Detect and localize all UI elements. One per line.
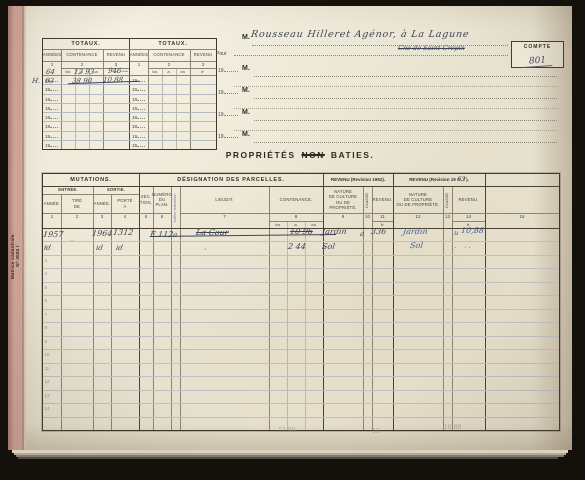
rule-line bbox=[254, 76, 557, 77]
rule-line bbox=[252, 45, 508, 46]
row-line bbox=[43, 282, 559, 283]
col-classe-1952: CLASSE. bbox=[363, 186, 372, 213]
grid-line bbox=[43, 75, 216, 76]
totaux-col-annees: ANNÉES bbox=[43, 49, 61, 61]
header-mutations: MUTATIONS. bbox=[43, 174, 139, 186]
holder-year-label: 19 bbox=[218, 133, 238, 140]
hw-row1-annee-entree: 1957 bbox=[42, 230, 64, 239]
row-line bbox=[43, 349, 559, 350]
unit-ha: ha. bbox=[269, 221, 287, 228]
hw-row2-contenance: 2 44 bbox=[287, 242, 306, 251]
totaux-year-row: 19 bbox=[45, 123, 58, 129]
col-lieudit: LIEUDIT. bbox=[180, 186, 269, 213]
header-revenu-1963-part: 63 bbox=[456, 176, 465, 184]
row-number: 10 bbox=[45, 352, 50, 357]
grid-line bbox=[176, 68, 177, 149]
totaux-year-row: 19 bbox=[132, 142, 145, 148]
col-number: 3 bbox=[93, 213, 111, 221]
totaux-year-row: 19 bbox=[45, 105, 58, 111]
hw-row1-section: E bbox=[149, 230, 156, 239]
row-number: 6 bbox=[45, 298, 48, 303]
col-tire-de: TIRÉ DE bbox=[61, 194, 93, 213]
col-contenance: CONTENANCE. bbox=[269, 186, 323, 213]
header-revenu-1963: REVENU (Revision 1963). bbox=[393, 174, 485, 186]
dotted-leader bbox=[50, 86, 58, 91]
totaux-title: TOTAUX. bbox=[130, 39, 216, 49]
col-number: 1 bbox=[43, 213, 61, 221]
totaux-year-row: 19 bbox=[132, 105, 145, 111]
hw-row1-nature-1963: Jardin bbox=[402, 227, 428, 236]
hw-row2-revenu-1963: · · bbox=[463, 244, 471, 252]
holder-m-label: M. bbox=[242, 87, 250, 94]
row-number: 3 bbox=[45, 258, 48, 263]
col-section: SEC. TION. bbox=[139, 186, 153, 213]
rule-line bbox=[234, 86, 557, 87]
hw-compte-number: 801 bbox=[523, 55, 553, 68]
hw-totals-contenance1: 12 93 bbox=[73, 68, 94, 76]
row-line bbox=[43, 121, 216, 122]
dotted-leader bbox=[50, 114, 58, 119]
row-number: 14 bbox=[45, 406, 50, 411]
totaux-year-row: 19 bbox=[132, 86, 145, 92]
totaux-year-row: 19 bbox=[45, 133, 58, 139]
col-number: 14 bbox=[452, 213, 485, 221]
margin-label-line2: Nº 3082 / bbox=[15, 206, 20, 306]
hw-row2-annee-entree: id bbox=[43, 244, 51, 252]
scanned-ledger-photo: { "colors": { "paper": "#e8e3d1", "bindi… bbox=[0, 0, 585, 480]
totaux-table: TOTAUX.ANNÉESCONTENANCEREVENU123ha.a.ca.… bbox=[42, 38, 217, 150]
totaux-year-row: 19 bbox=[45, 114, 58, 120]
header-sortie: SORTIE. bbox=[93, 186, 139, 194]
row-line bbox=[43, 103, 216, 104]
col-annee-sortie: ANNÉE. bbox=[93, 194, 111, 213]
row-line bbox=[43, 403, 559, 404]
col-number: 4 bbox=[111, 213, 139, 221]
row-line bbox=[43, 295, 559, 296]
unit-a: a. bbox=[162, 68, 176, 75]
col-number: 15 bbox=[485, 213, 559, 221]
row-number: 13 bbox=[45, 393, 50, 398]
dotted-leader bbox=[137, 133, 145, 138]
section-title-part3: BATIES. bbox=[331, 150, 374, 160]
col-number: 9 bbox=[323, 213, 363, 221]
header-revenu-1963-part: ). bbox=[466, 177, 469, 183]
row-line bbox=[43, 322, 559, 323]
col-annee-entree: ANNÉE. bbox=[43, 194, 61, 213]
hw-row1-numero: 112 bbox=[157, 230, 174, 239]
pour-label: Pour bbox=[216, 51, 227, 57]
totaux-col-number: 1 bbox=[130, 61, 148, 68]
totaux-year-row: 19 bbox=[132, 123, 145, 129]
row-line bbox=[43, 417, 559, 418]
dotted-leader bbox=[137, 105, 145, 110]
totaux-col-annees: ANNÉES bbox=[130, 49, 148, 61]
dotted-leader bbox=[137, 96, 145, 101]
row-number: 8 bbox=[45, 325, 48, 330]
unit-ha: ha. bbox=[148, 68, 162, 75]
hw-row2-nature-1963: Sol bbox=[409, 241, 423, 250]
col-number: 6 bbox=[153, 213, 171, 221]
hw-row1-revenu-1963: 10,88 bbox=[460, 226, 484, 235]
row-line bbox=[43, 336, 559, 337]
section-title: PROPRIÉTÉSNONBATIES. bbox=[42, 150, 558, 160]
dotted-leader bbox=[50, 105, 58, 110]
holder-year-label: 19 bbox=[218, 67, 238, 74]
row-number: 4 bbox=[45, 271, 48, 276]
rule-line bbox=[234, 130, 557, 131]
hw-row1-annee-sortie: 1964 bbox=[91, 229, 113, 238]
totaux-col-contenance: CONTENANCE bbox=[148, 49, 190, 61]
dotted-leader bbox=[224, 133, 238, 138]
section-title-part1: PROPRIÉTÉS bbox=[226, 150, 296, 160]
dotted-leader bbox=[50, 133, 58, 138]
section-title-struck-word: NON bbox=[302, 150, 325, 160]
rule-line bbox=[234, 108, 557, 109]
dotted-leader bbox=[224, 111, 238, 116]
page-edge bbox=[18, 457, 558, 459]
grid-line bbox=[162, 68, 163, 149]
hw-row1-revenu-1952: 336 bbox=[370, 227, 387, 236]
totaux-year-row: 19 bbox=[132, 114, 145, 120]
holder-m-label: M. bbox=[242, 65, 250, 72]
header-revenu-1963-part: REVENU (Revision 19 bbox=[409, 177, 456, 183]
row-line bbox=[43, 255, 559, 256]
row-line bbox=[43, 363, 559, 364]
totaux-col-contenance: CONTENANCE bbox=[61, 49, 103, 61]
hw-totals-revenu1: 946— bbox=[107, 67, 128, 75]
totaux-year-row: 19 bbox=[45, 96, 58, 102]
col-number: 7 bbox=[180, 213, 269, 221]
col-porte-a: PORTÉ À bbox=[111, 194, 139, 213]
hw-row1-porte-a: 1312 bbox=[112, 228, 134, 237]
totaux-year-row: 19 bbox=[45, 86, 58, 92]
row-line bbox=[43, 94, 216, 95]
pencil-total-middle: 13 bbox=[372, 428, 380, 435]
pencil-total-right: 10,88 bbox=[444, 424, 461, 431]
dotted-leader bbox=[50, 96, 58, 101]
row-number: 12 bbox=[45, 379, 50, 384]
dotted-leader bbox=[224, 89, 238, 94]
rule-line bbox=[254, 142, 557, 143]
header-entree: ENTRÉE. bbox=[43, 186, 93, 194]
col-nature-1952: NATURE DE CULTURE OU DE PROPRIÉTÉ. bbox=[323, 186, 363, 213]
col-number: 8 bbox=[269, 213, 323, 221]
holder-year-label: 19 bbox=[218, 111, 238, 118]
dotted-leader bbox=[50, 142, 58, 147]
header-designation-parcelles: DÉSIGNATION DES PARCELLES. bbox=[139, 174, 323, 186]
hw-account-holder: Rousseau Hilleret Agénor, à La Lagune bbox=[250, 29, 470, 40]
col-revenu-1963: REVENU. bbox=[452, 186, 485, 213]
dotted-leader bbox=[137, 86, 145, 91]
grid-line bbox=[305, 221, 306, 430]
hw-row1-classe-1963: u bbox=[453, 229, 459, 237]
col-number: 11 bbox=[372, 213, 393, 221]
totaux-year-row: 19 bbox=[132, 133, 145, 139]
row-line bbox=[43, 140, 216, 141]
hw-row2-annee-sortie: id bbox=[95, 244, 103, 252]
header-revenu-1952: REVENU (Revision 1952). bbox=[323, 174, 393, 186]
ledger-page: Matrice cadastrale. Nº 3082 / TOTAUX.ANN… bbox=[8, 6, 572, 450]
rule-line bbox=[254, 98, 557, 99]
grid-line bbox=[287, 221, 288, 430]
totaux-col-number: 1 bbox=[43, 61, 61, 68]
row-line bbox=[43, 112, 216, 113]
totaux-year-row: 19 bbox=[132, 96, 145, 102]
dotted-leader bbox=[137, 142, 145, 147]
col-number: 10 bbox=[363, 213, 372, 221]
compte-label: COMPTE bbox=[512, 44, 563, 50]
totaux-col-revenu: REVENU bbox=[103, 49, 129, 61]
dotted-leader bbox=[224, 67, 238, 72]
row-line bbox=[43, 390, 559, 391]
hw-totals-year1: 64 bbox=[45, 68, 55, 76]
col-number: 2 bbox=[61, 213, 93, 221]
parcels-table: 1234567891011121314MUTATIONS.DÉSIGNATION… bbox=[42, 173, 560, 431]
col-numero-plan: NUMÉRO DU PLAN. bbox=[153, 186, 171, 213]
row-line bbox=[43, 131, 216, 132]
row-number: 5 bbox=[45, 285, 48, 290]
row-line bbox=[43, 268, 559, 269]
row-number: 9 bbox=[45, 339, 48, 344]
holder-year-label: 19 bbox=[218, 89, 238, 96]
col-lettre-indicative: Lettre indicative. bbox=[171, 186, 180, 228]
dotted-leader bbox=[137, 123, 145, 128]
pencil-total-left: 12 90 bbox=[278, 427, 295, 434]
hw-row2-nature-1952: Sol bbox=[321, 242, 335, 251]
col-revenu-1952: REVENU. bbox=[372, 186, 393, 213]
row-line bbox=[43, 309, 559, 310]
dotted-leader bbox=[50, 123, 58, 128]
unit-fr: fr. bbox=[190, 68, 216, 75]
unit-ca: ca. bbox=[176, 68, 190, 75]
col-nature-1963: NATURE DE CULTURE OU DE PROPRIÉTÉ. bbox=[393, 186, 443, 213]
holder-m-label: M. bbox=[242, 34, 250, 41]
totaux-col-number: 3 bbox=[190, 61, 216, 68]
totaux-col-number: 2 bbox=[148, 61, 190, 68]
margin-label: Matrice cadastrale. Nº 3082 / bbox=[10, 206, 24, 306]
holder-m-label: M. bbox=[242, 109, 250, 116]
hw-totals-margin-note: H. bbox=[31, 77, 40, 85]
compte-box: COMPTE 801 bbox=[511, 41, 564, 68]
rule-line bbox=[254, 120, 557, 121]
hw-totals-year2: 63 bbox=[44, 77, 54, 85]
dotted-leader bbox=[137, 114, 145, 119]
totaux-col-revenu: REVENU bbox=[190, 49, 216, 61]
rule-line bbox=[234, 55, 508, 56]
totaux-year-row: 19 bbox=[45, 142, 58, 148]
row-number: 7 bbox=[45, 312, 48, 317]
col-number: 13 bbox=[443, 213, 452, 221]
totaux-title: TOTAUX. bbox=[43, 39, 129, 49]
row-line bbox=[43, 84, 216, 85]
col-number: 12 bbox=[393, 213, 443, 221]
row-number: 11 bbox=[45, 366, 50, 371]
col-number: 5 bbox=[139, 213, 153, 221]
hw-row2-porte-a: id bbox=[115, 244, 123, 252]
col-classe-1963: CLASSE. bbox=[443, 186, 452, 213]
holder-m-label: M. bbox=[242, 131, 250, 138]
totaux-col-number: 2 bbox=[61, 61, 103, 68]
row-line bbox=[43, 376, 559, 377]
